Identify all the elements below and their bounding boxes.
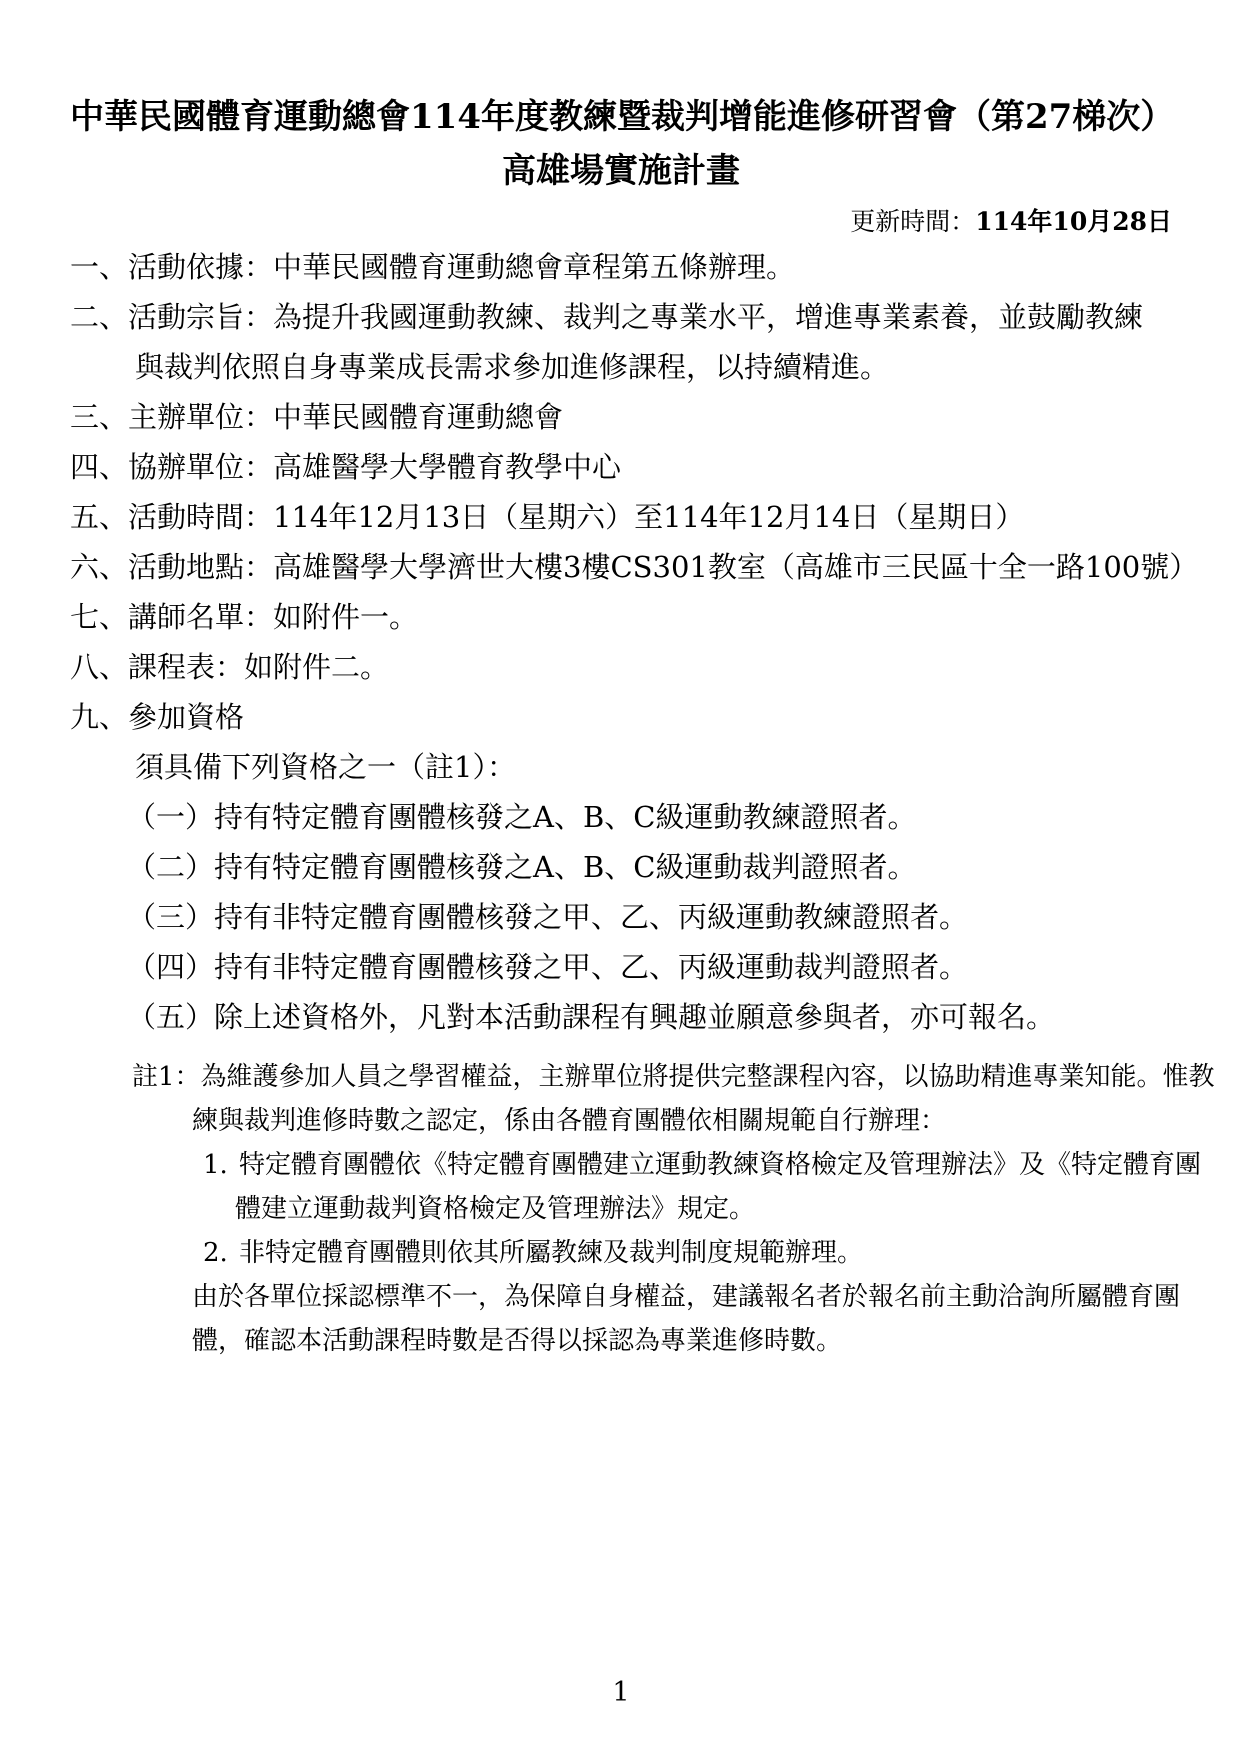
item-text: 課程表：如附件二。 bbox=[128, 650, 389, 684]
qualification-item: （一）持有特定體育團體核發之A、B、C級運動教練證照者。 bbox=[127, 792, 1172, 842]
footnote-label: 註1： bbox=[132, 1062, 201, 1092]
item-text: 協辦單位：高雄醫學大學體育教學中心 bbox=[128, 450, 621, 484]
footnote-tail: 體，確認本活動課程時數是否得以採認為專業進修時數。 bbox=[192, 1319, 1172, 1363]
item-text: 主辦單位：中華民國體育運動總會 bbox=[128, 400, 563, 434]
list-item: 九、參加資格 bbox=[70, 692, 1172, 742]
footnote-tail: 由於各單位採認標準不一，為保障自身權益，建議報名者於報名前主動洽詢所屬體育團 bbox=[192, 1275, 1172, 1319]
item-label: （五） bbox=[127, 1000, 214, 1034]
footnote-continuation: 練與裁判進修時數之認定，係由各體育團體依相關規範自行辦理： bbox=[192, 1099, 1172, 1143]
footnote-text: 為維護參加人員之學習權益，主辦單位將提供完整課程內容，以協助精進專業知能。惟教 bbox=[201, 1062, 1215, 1092]
update-time: 更新時間：114年10月28日 bbox=[70, 202, 1172, 242]
list-item: 二、活動宗旨：為提升我國運動教練、裁判之專業水平，增進專業素養，並鼓勵教練 bbox=[70, 292, 1172, 342]
item-text: 活動宗旨：為提升我國運動教練、裁判之專業水平，增進專業素養，並鼓勵教練 bbox=[128, 300, 1143, 334]
item-text: 持有特定體育團體核發之A、B、C級運動裁判證照者。 bbox=[214, 850, 916, 884]
item-text: 講師名單：如附件一。 bbox=[128, 600, 418, 634]
page-number: 1 bbox=[70, 1673, 1172, 1713]
item-label: 九、 bbox=[70, 700, 128, 734]
qualification-item: （四）持有非特定體育團體核發之甲、乙、丙級運動裁判證照者。 bbox=[127, 942, 1172, 992]
item-text: 持有非特定體育團體核發之甲、乙、丙級運動教練證照者。 bbox=[214, 900, 968, 934]
footnote-list-item: 2.非特定體育團體則依其所屬教練及裁判制度規範辦理。 bbox=[203, 1231, 1172, 1275]
footnote-section: 註1：為維護參加人員之學習權益，主辦單位將提供完整課程內容，以協助精進專業知能。… bbox=[70, 1055, 1172, 1363]
item-text: 活動地點：高雄醫學大學濟世大樓3樓CS301教室（高雄市三民區十全一路100號） bbox=[128, 550, 1198, 584]
item-label: 七、 bbox=[70, 600, 128, 634]
item-text: 持有非特定體育團體核發之甲、乙、丙級運動裁判證照者。 bbox=[214, 950, 968, 984]
qualification-item: （五）除上述資格外，凡對本活動課程有興趣並願意參與者，亦可報名。 bbox=[127, 992, 1172, 1042]
list-item: 一、活動依據：中華民國體育運動總會章程第五條辦理。 bbox=[70, 242, 1172, 292]
qualification-item: （三）持有非特定體育團體核發之甲、乙、丙級運動教練證照者。 bbox=[127, 892, 1172, 942]
list-item-continuation: 與裁判依照自身專業成長需求參加進修課程，以持續精進。 bbox=[135, 342, 1172, 392]
qualification-intro: 須具備下列資格之一（註1）： bbox=[135, 742, 1172, 792]
item-text: 持有特定體育團體核發之A、B、C級運動教練證照者。 bbox=[214, 800, 916, 834]
item-label: 四、 bbox=[70, 450, 128, 484]
item-label: （一） bbox=[127, 800, 214, 834]
document-title: 中華民國體育運動總會114年度教練暨裁判增能進修研習會（第27梯次） bbox=[70, 90, 1172, 144]
document-page: 中華民國體育運動總會114年度教練暨裁判增能進修研習會（第27梯次） 高雄場實施… bbox=[0, 0, 1242, 1756]
list-item: 三、主辦單位：中華民國體育運動總會 bbox=[70, 392, 1172, 442]
item-label: （二） bbox=[127, 850, 214, 884]
document-body: 一、活動依據：中華民國體育運動總會章程第五條辦理。 二、活動宗旨：為提升我國運動… bbox=[70, 242, 1172, 1042]
item-text: 除上述資格外，凡對本活動課程有興趣並願意參與者，亦可報名。 bbox=[214, 1000, 1055, 1034]
update-time-value: 114年10月28日 bbox=[975, 207, 1172, 236]
footnote: 註1：為維護參加人員之學習權益，主辦單位將提供完整課程內容，以協助精進專業知能。… bbox=[132, 1055, 1172, 1099]
item-text: 活動依據：中華民國體育運動總會章程第五條辦理。 bbox=[128, 250, 795, 284]
item-text: 非特定體育團體則依其所屬教練及裁判制度規範辦理。 bbox=[239, 1238, 863, 1268]
item-text: 活動時間：114年12月13日（星期六）至114年12月14日（星期日） bbox=[128, 500, 1024, 534]
item-label: （三） bbox=[127, 900, 214, 934]
item-text: 特定體育團體依《特定體育團體建立運動教練資格檢定及管理辦法》及《特定體育團 bbox=[239, 1150, 1201, 1180]
item-label: 六、 bbox=[70, 550, 128, 584]
list-item: 五、活動時間：114年12月13日（星期六）至114年12月14日（星期日） bbox=[70, 492, 1172, 542]
item-label: （四） bbox=[127, 950, 214, 984]
item-text: 參加資格 bbox=[128, 700, 244, 734]
list-number: 2. bbox=[203, 1231, 239, 1275]
item-label: 五、 bbox=[70, 500, 128, 534]
qualification-item: （二）持有特定體育團體核發之A、B、C級運動裁判證照者。 bbox=[127, 842, 1172, 892]
item-label: 八、 bbox=[70, 650, 128, 684]
item-label: 一、 bbox=[70, 250, 128, 284]
item-label: 三、 bbox=[70, 400, 128, 434]
item-label: 二、 bbox=[70, 300, 128, 334]
footnote-list-item-continuation: 體建立運動裁判資格檢定及管理辦法》規定。 bbox=[235, 1187, 1172, 1231]
list-number: 1. bbox=[203, 1143, 239, 1187]
footnote-list-item: 1.特定體育團體依《特定體育團體建立運動教練資格檢定及管理辦法》及《特定體育團 bbox=[203, 1143, 1172, 1187]
list-item: 八、課程表：如附件二。 bbox=[70, 642, 1172, 692]
list-item: 四、協辦單位：高雄醫學大學體育教學中心 bbox=[70, 442, 1172, 492]
list-item: 七、講師名單：如附件一。 bbox=[70, 592, 1172, 642]
list-item: 六、活動地點：高雄醫學大學濟世大樓3樓CS301教室（高雄市三民區十全一路100… bbox=[70, 542, 1172, 592]
document-subtitle: 高雄場實施計畫 bbox=[70, 144, 1172, 198]
update-time-label: 更新時間： bbox=[850, 207, 975, 236]
